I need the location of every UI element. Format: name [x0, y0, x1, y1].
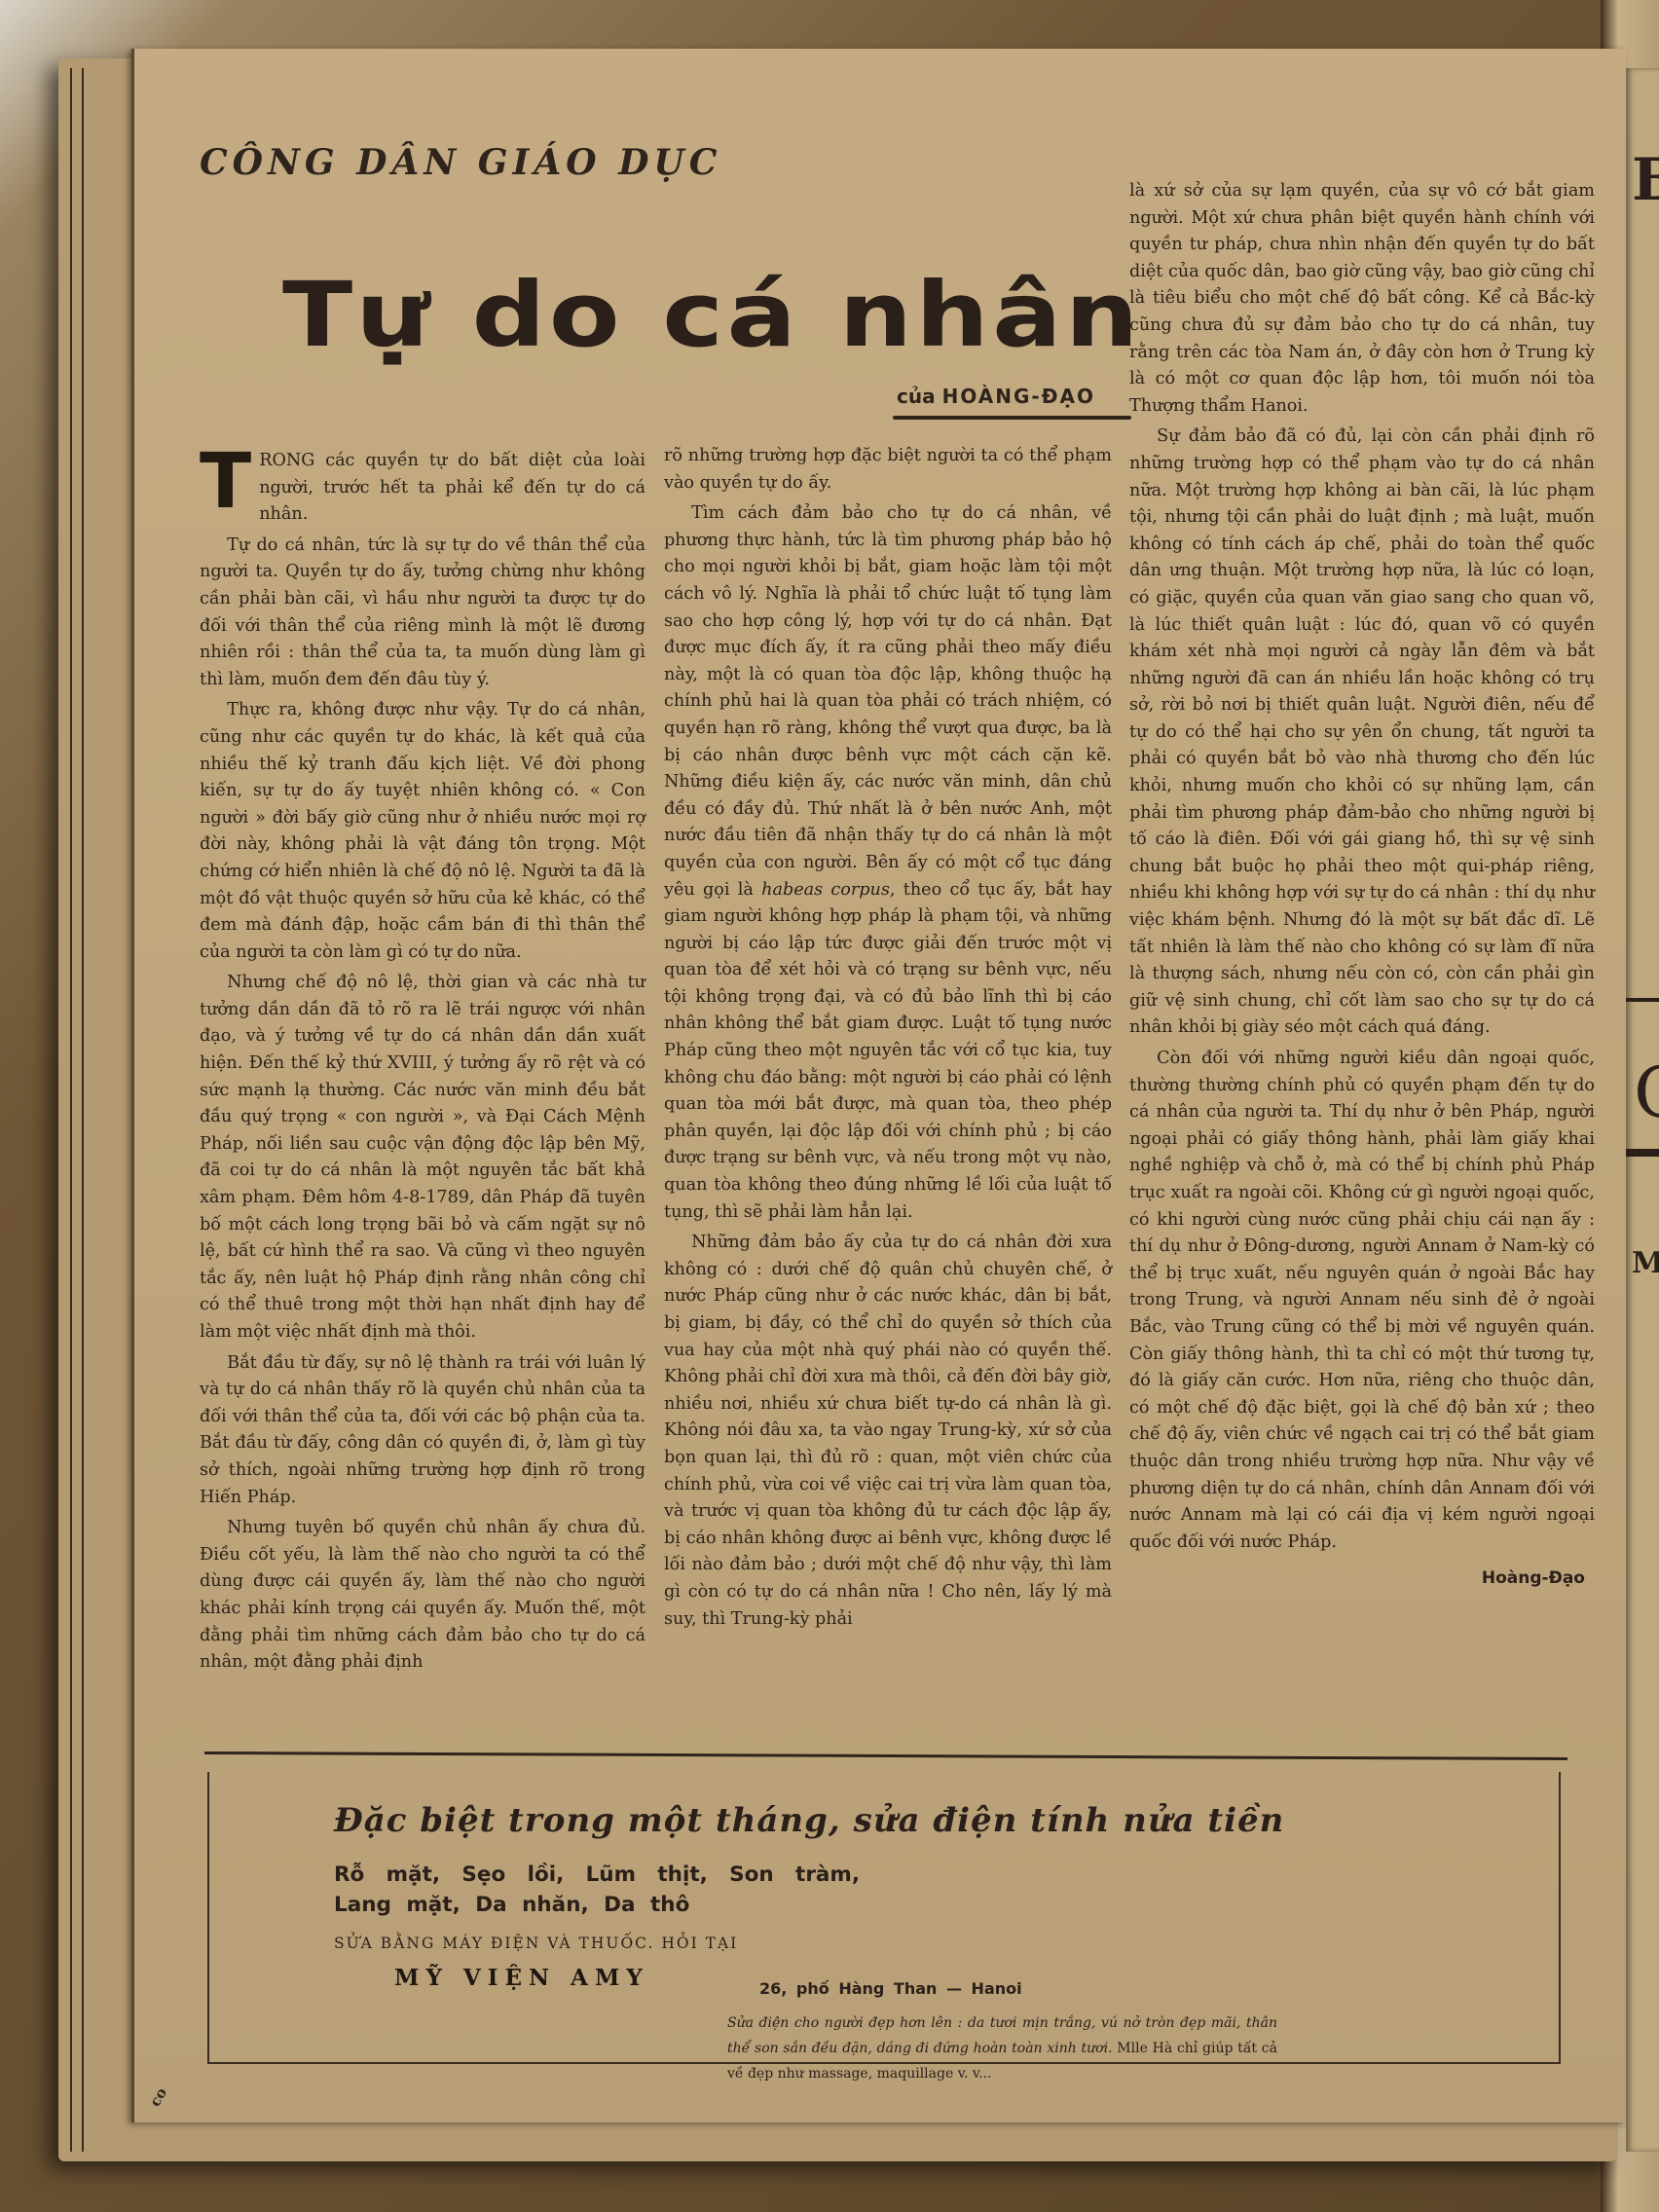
- paragraph: Nhưng chế độ nô lệ, thời gian và các nhà…: [200, 970, 645, 1346]
- article-signature: Hoàng-Đạo: [1129, 1566, 1595, 1593]
- ad-method: SỬA BẰNG MÁY ĐIỆN VÀ THUỐC. HỎI TẠI: [334, 1935, 738, 1952]
- paragraph-text: , theo cổ tục ấy, bắt hay giam người khô…: [664, 880, 1112, 1222]
- paragraph: Nhưng tuyên bố quyền chủ nhân ấy chưa đủ…: [200, 1515, 645, 1677]
- ad-services-list: Rỗ mặt, Sẹo lồi, Lũm thịt, Son tràm, Lan…: [334, 1860, 860, 1920]
- article-headline: Tự do cá nhân: [282, 263, 1142, 367]
- italic-term-habeas: habeas: [761, 880, 823, 900]
- section-label: CÔNG DÂN GIÁO DỤC: [200, 142, 721, 183]
- article-column-3: là xứ sở của sự lạm quyền, của sự vô cớ …: [1129, 178, 1595, 1593]
- ad-address: 26, phố Hàng Than — Hanoi: [759, 1979, 1022, 1998]
- byline-underline: [893, 416, 1131, 420]
- adjacent-page-section-letter: C: [1634, 1051, 1659, 1133]
- adjacent-page-letter: B: [1632, 146, 1659, 214]
- article-column-2: rõ những trường hợp đặc biệt người ta có…: [664, 443, 1112, 1633]
- page-footer-marker: co: [146, 2084, 170, 2110]
- italic-term-corpus: corpus: [830, 880, 889, 900]
- adjacent-page-small-letter: M: [1632, 1246, 1659, 1280]
- ad-brand-name: MỸ VIỆN AMY: [394, 1965, 649, 1991]
- adjacent-page-rule: [1626, 1149, 1659, 1157]
- paragraph: rõ những trường hợp đặc biệt người ta có…: [664, 443, 1112, 497]
- page-binding-edge: [131, 49, 134, 2122]
- drop-cap: T: [200, 452, 251, 512]
- paragraph: RONG các quyền tự do bất diệt của loài n…: [200, 448, 645, 529]
- paragraph: Sự đảm bảo đã có đủ, lại còn cần phải đị…: [1129, 424, 1595, 1042]
- paragraph: Tự do cá nhân, tức là sự tự do về thân t…: [200, 533, 645, 694]
- adjacent-page-edge: B C M: [1626, 68, 1659, 2152]
- paragraph: Bắt đầu từ đấy, sự nô lệ thành ra trái v…: [200, 1350, 645, 1512]
- byline-prefix: của: [897, 385, 936, 408]
- byline-author: HOÀNG-ĐẠO: [942, 385, 1095, 408]
- adjacent-page-rule: [1626, 998, 1659, 1002]
- paragraph: là xứ sở của sự lạm quyền, của sự vô cớ …: [1129, 178, 1595, 420]
- paragraph: Thực ra, không được như vậy. Tự do cá nh…: [200, 697, 645, 966]
- paragraph: Tìm cách đảm bảo cho tự do cá nhân, về p…: [664, 500, 1112, 1226]
- paragraph: Còn đối với những người kiều dân ngoại q…: [1129, 1046, 1595, 1556]
- magazine-page: CÔNG DÂN GIÁO DỤC Tự do cá nhân của HOÀN…: [131, 49, 1626, 2122]
- article-column-1: T RONG các quyền tự do bất diệt của loài…: [200, 448, 645, 1677]
- paragraph: Những đảm bảo ấy của tự do cá nhân đời x…: [664, 1230, 1112, 1633]
- byline: của HOÀNG-ĐẠO: [874, 385, 1118, 408]
- paragraph-text: Tìm cách đảm bảo cho tự do cá nhân, về p…: [664, 503, 1112, 899]
- ad-headline: Đặc biệt trong một tháng, sửa điện tính …: [334, 1801, 1284, 1840]
- ad-separator-rule: [204, 1751, 1567, 1760]
- ad-description: Sửa điện cho người đẹp hơn lên : da tươi…: [727, 2010, 1277, 2086]
